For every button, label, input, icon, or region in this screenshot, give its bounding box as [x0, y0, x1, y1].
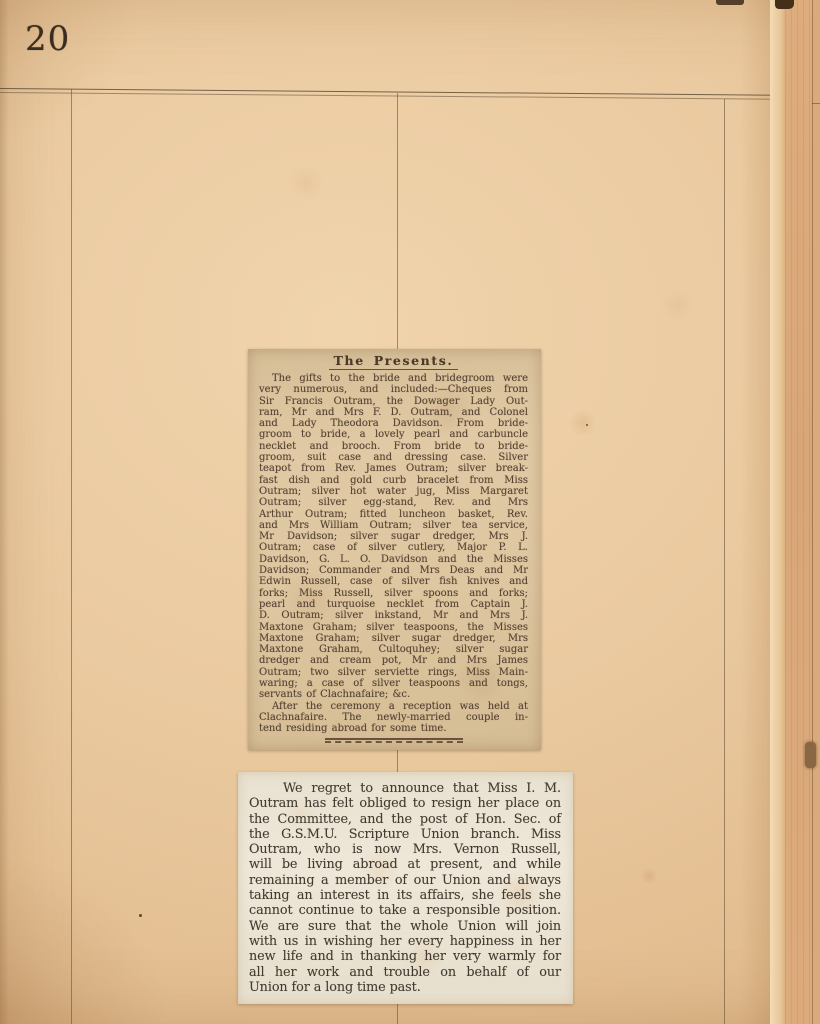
text-line: Maxtone Graham, Cultoquhey; silver sugar: [259, 644, 528, 655]
text-line: will be living abroad at present, and wh…: [249, 857, 561, 872]
text-line: all her work and trouble on behalf of ou…: [249, 965, 561, 980]
text-line: Outram; silver egg-stand, Rev. and Mrs: [259, 497, 528, 508]
text-line: Outram has felt obliged to resign her pl…: [249, 796, 561, 811]
decorative-end-rule: [325, 738, 463, 743]
text-line: Clachnafaire. The newly-married couple i…: [259, 712, 528, 723]
text-line: tend residing abroad for some time.: [259, 723, 528, 734]
text-line: ram, Mr and Mrs F. D. Outram, and Colone…: [259, 407, 528, 418]
page-edge-shadow: [740, 0, 772, 1024]
text-line: waring; a case of silver teaspoons and t…: [259, 678, 528, 689]
text-line: necklet and brooch. From bride to bride-: [259, 441, 528, 452]
text-line: groom to bride, a lovely pearl and carbu…: [259, 429, 528, 440]
text-line: Maxtone Graham; silver teaspoons, the Mi…: [259, 622, 528, 633]
text-line: D. Outram; silver inkstand, Mr and Mrs J…: [259, 610, 528, 621]
text-line: Davidson; Commander and Mrs Deas and Mr: [259, 565, 528, 576]
page-curl-highlight: [770, 0, 785, 1024]
ink-fleck: [139, 914, 142, 917]
text-line: Mr Davidson; silver sugar dredger, Mrs J…: [259, 531, 528, 542]
foxing-spot: [286, 166, 326, 200]
text-line: Edwin Russell, case of silver fish knive…: [259, 576, 528, 587]
text-line: forks; Miss Russell, silver spoons and f…: [259, 588, 528, 599]
text-line: new life and in thanking her very warmly…: [249, 949, 561, 964]
headline-text: The Presents.: [329, 354, 459, 370]
text-line: The gifts to the bride and bridegroom we…: [259, 373, 528, 384]
text-line: very numerous, and included:—Cheques fro…: [259, 384, 528, 395]
ruled-line-vertical-left: [71, 89, 72, 1024]
text-line: cannot continue to take a responsible po…: [249, 903, 561, 918]
text-line: We regret to announce that Miss I. M.: [249, 781, 561, 796]
text-line: remaining a member of our Union and alwa…: [249, 873, 561, 888]
clipping-resignation-notice: We regret to announce that Miss I. M.Out…: [238, 772, 573, 1004]
clipping-the-presents: The Presents. The gifts to the bride and…: [248, 349, 541, 750]
text-line: and Lady Theodora Davidson. From bride-: [259, 418, 528, 429]
text-line: taking an interest in its affairs, she f…: [249, 888, 561, 903]
text-line: with us in wishing her every happiness i…: [249, 934, 561, 949]
ruled-line-horizontal: [0, 88, 776, 100]
clipping-body-text: The gifts to the bride and bridegroom we…: [259, 373, 528, 735]
text-line: Maxtone Graham; silver sugar dredger, Mr…: [259, 633, 528, 644]
book-fore-edge: [785, 0, 812, 1024]
ruled-line-horizontal-far: [812, 103, 820, 104]
text-line: We are sure that the whole Union will jo…: [249, 919, 561, 934]
text-line: Union for a long time past.: [249, 980, 561, 995]
top-corner-mark: [775, 0, 794, 9]
text-line: fast dish and gold curb bracelet from Mi…: [259, 475, 528, 486]
foxing-spot: [640, 868, 658, 884]
text-line: After the ceremony a reception was held …: [259, 701, 528, 712]
clipping-body-text: We regret to announce that Miss I. M.Out…: [249, 781, 561, 995]
text-line: servants of Clachnafaire; &c.: [259, 689, 528, 700]
text-line: teapot from Rev. James Outram; silver br…: [259, 463, 528, 474]
foxing-spot: [568, 410, 598, 436]
text-line: groom, suit case and dressing case. Silv…: [259, 452, 528, 463]
clipping-headline: The Presents.: [259, 354, 528, 370]
text-line: Outram; case of silver cutlery, Major P.…: [259, 542, 528, 553]
text-line: Outram; silver hot water jug, Miss Marga…: [259, 486, 528, 497]
text-line: dredger and cream pot, Mr and Mrs James: [259, 655, 528, 666]
text-line: Sir Francis Outram, the Dowager Lady Out…: [259, 396, 528, 407]
ink-fleck: [586, 424, 588, 426]
ruled-line-vertical-right: [724, 99, 725, 1024]
text-line: and Mrs William Outram; silver tea servi…: [259, 520, 528, 531]
page-number: 20: [25, 22, 70, 56]
foxing-spot: [660, 290, 694, 320]
text-line: Outram; two silver serviette rings, Miss…: [259, 667, 528, 678]
top-edge-mark: [716, 0, 744, 5]
text-line: Davidson, G. L. O. Davidson and the Miss…: [259, 554, 528, 565]
text-line: Arthur Outram; fitted luncheon basket, R…: [259, 509, 528, 520]
text-line: the G.S.M.U. Scripture Union branch. Mis…: [249, 827, 561, 842]
adjacent-page-edge: [812, 0, 820, 1024]
text-line: Outram, who is now Mrs. Vernon Russell,: [249, 842, 561, 857]
text-line: the Committee, and the post of Hon. Sec.…: [249, 812, 561, 827]
text-line: pearl and turquoise necklet from Captain…: [259, 599, 528, 610]
scrapbook-page: 20 The Presents. The gifts to the bride …: [0, 0, 820, 1024]
fore-edge-notch: [805, 742, 816, 768]
